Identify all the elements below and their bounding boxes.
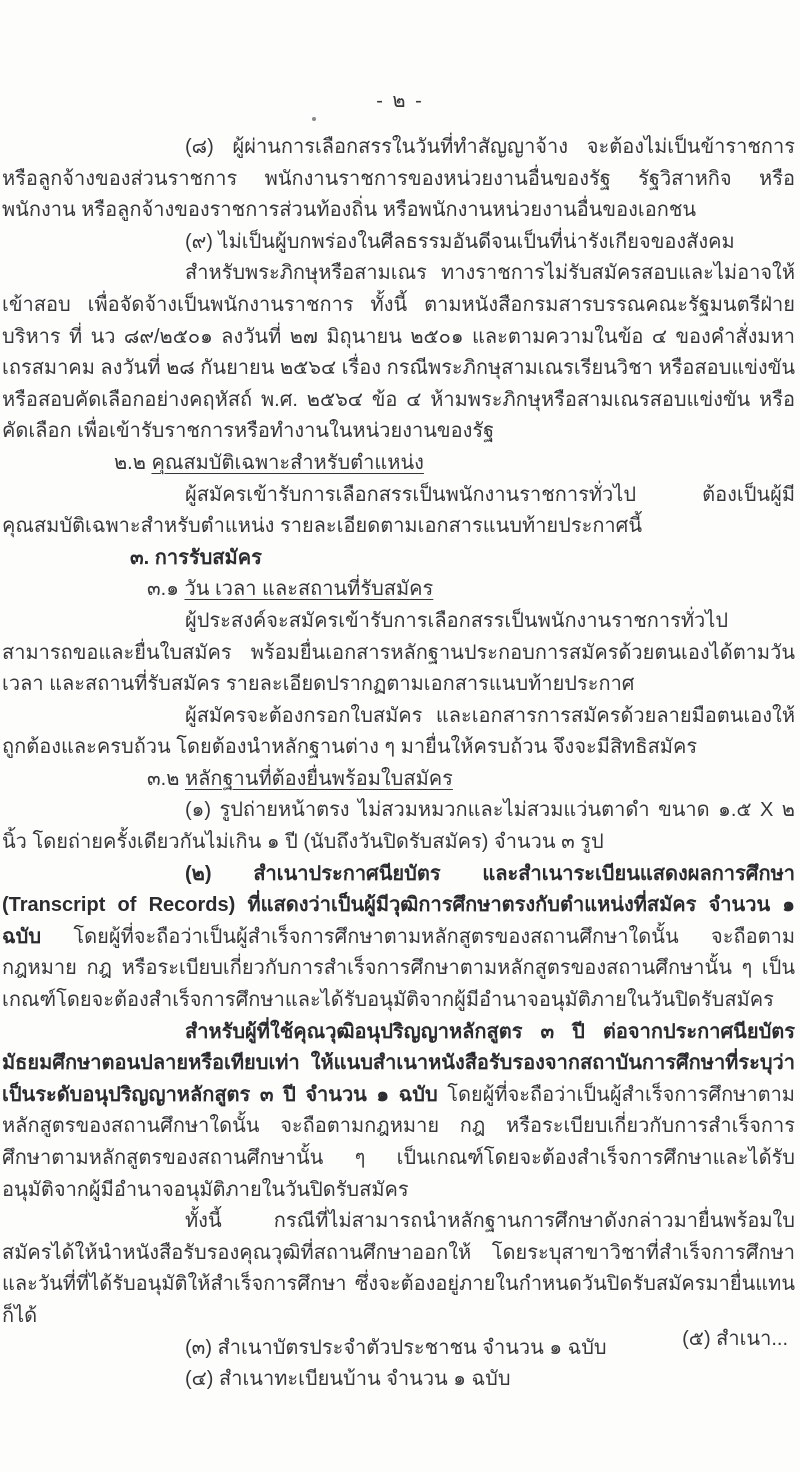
text-segment: ๓.๒	[147, 768, 185, 790]
para-clause-8: (๘) ผู้ผ่านการเลือกสรรในวันที่ทำสัญญาจ้า…	[2, 132, 795, 227]
page-number: - ๒ -	[0, 0, 800, 116]
text-segment: หลักฐานที่ต้องยื่นพร้อมใบสมัคร	[185, 768, 453, 790]
text-segment: (๙) ไม่เป็นผู้บกพร่องในศีลธรรมอันดีจนเป็…	[185, 231, 735, 253]
para-application-how: ผู้ประสงค์จะสมัครเข้ารับการเลือกสรรเป็นพ…	[2, 606, 795, 701]
text-segment: (๔) สำเนาทะเบียนบ้าน จำนวน ๑ ฉบับ	[185, 1368, 511, 1390]
document-body: (๘) ผู้ผ่านการเลือกสรรในวันที่ทำสัญญาจ้า…	[0, 116, 800, 1396]
para-doc-4-housereg: (๔) สำเนาทะเบียนบ้าน จำนวน ๑ ฉบับ	[2, 1364, 795, 1396]
text-segment: ๓. การรับสมัคร	[130, 547, 262, 569]
text-segment: ผู้ประสงค์จะสมัครเข้ารับการเลือกสรรเป็นพ…	[2, 610, 795, 695]
continuation-note: (๕) สำเนา...	[682, 1322, 788, 1354]
heading-3-2: ๓.๒ หลักฐานที่ต้องยื่นพร้อมใบสมัคร	[147, 764, 795, 796]
para-specific-qualifications: ผู้สมัครเข้ารับการเลือกสรรเป็นพนักงานราช…	[2, 480, 795, 543]
text-segment: วัน เวลา และสถานที่รับสมัคร	[184, 578, 433, 600]
text-segment: โดยผู้ที่จะถือว่าเป็นผู้สำเร็จการศึกษาตา…	[2, 926, 795, 1011]
scan-speck	[312, 117, 316, 121]
text-segment: ผู้สมัครเข้ารับการเลือกสรรเป็นพนักงานราช…	[2, 484, 795, 538]
text-segment: ทั้งนี้ กรณีที่ไม่สามารถนำหลักฐานการศึกษ…	[2, 1210, 795, 1327]
heading-2-2: ๒.๒ คุณสมบัติเฉพาะสำหรับตำแหน่ง	[114, 448, 795, 480]
para-clause-9: (๙) ไม่เป็นผู้บกพร่องในศีลธรรมอันดีจนเป็…	[2, 227, 795, 259]
text-segment: คุณสมบัติเฉพาะสำหรับตำแหน่ง	[151, 452, 423, 474]
para-doc-1-photo: (๑) รูปถ่ายหน้าตรง ไม่สวมหมวกและไม่สวมแว…	[2, 795, 795, 858]
para-certificate-substitute: ทั้งนี้ กรณีที่ไม่สามารถนำหลักฐานการศึกษ…	[2, 1206, 795, 1332]
text-segment: (๓) สำเนาบัตรประจำตัวประชาชน จำนวน ๑ ฉบั…	[185, 1337, 607, 1359]
text-segment: (๘) ผู้ผ่านการเลือกสรรในวันที่ทำสัญญาจ้า…	[2, 136, 795, 221]
text-segment: ๓.๑	[147, 578, 184, 600]
text-segment: (๑) รูปถ่ายหน้าตรง ไม่สวมหมวกและไม่สวมแว…	[2, 799, 795, 853]
heading-3: ๓. การรับสมัคร	[130, 543, 795, 575]
text-segment: ผู้สมัครจะต้องกรอกใบสมัคร และเอกสารการสม…	[2, 705, 795, 759]
text-segment: สำหรับพระภิกษุหรือสามเณร ทางราชการไม่รับ…	[2, 262, 795, 442]
document-page: - ๒ - (๘) ผู้ผ่านการเลือกสรรในวันที่ทำสั…	[0, 0, 800, 1472]
para-application-form: ผู้สมัครจะต้องกรอกใบสมัคร และเอกสารการสม…	[2, 701, 795, 764]
para-doc-3-idcard: (๓) สำเนาบัตรประจำตัวประชาชน จำนวน ๑ ฉบั…	[2, 1333, 795, 1365]
heading-3-1: ๓.๑ วัน เวลา และสถานที่รับสมัคร	[147, 574, 795, 606]
para-monk-rule: สำหรับพระภิกษุหรือสามเณร ทางราชการไม่รับ…	[2, 258, 795, 448]
text-segment: ๒.๒	[114, 452, 151, 474]
para-diploma-3year: สำหรับผู้ที่ใช้คุณวุฒิอนุปริญญาหลักสูตร …	[2, 1017, 795, 1207]
para-doc-2-transcript: (๒) สำเนาประกาศนียบัตร และสำเนาระเบียนแส…	[2, 859, 795, 1017]
